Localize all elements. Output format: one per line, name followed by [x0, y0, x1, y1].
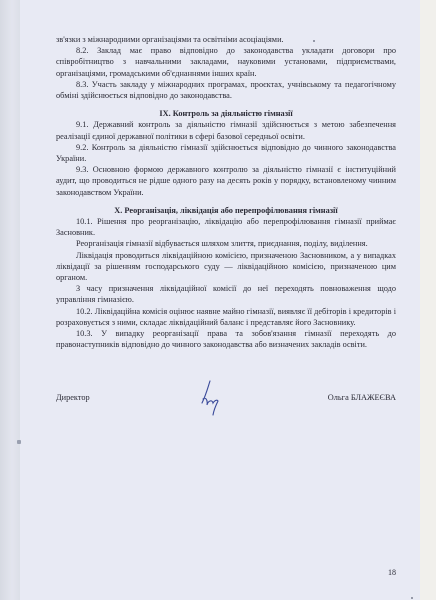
scan-left-edge [0, 0, 21, 600]
scan-speck [411, 597, 413, 599]
scan-speck [313, 40, 315, 42]
paragraph-9-2: 9.2. Контроль за діяльністю гімназії зді… [56, 142, 396, 164]
signatory-title: Директор [56, 393, 90, 402]
document-body: зв'язки з міжнародними організаціями та … [56, 34, 396, 350]
paragraph-liquidation: Ліквідація проводиться ліквідаційною ком… [56, 250, 396, 284]
paragraph-8-2: 8.2. Заклад має право відповідно до зако… [56, 45, 396, 79]
paragraph-9-3: 9.3. Основною формою державного контролю… [56, 164, 396, 198]
scan-speck [17, 440, 21, 444]
handwritten-signature-icon [194, 377, 234, 417]
paragraph-8-3: 8.3. Участь закладу у міжнародних програ… [56, 79, 396, 101]
paragraph-10-3: 10.3. У випадку реорганізації права та з… [56, 328, 396, 350]
section-9-heading: IX. Контроль за діяльністю гімназії [56, 108, 396, 119]
section-10-heading: X. Реорганізація, ліквідація або перепро… [56, 205, 396, 216]
paragraph-commission: З часу призначення ліквідаційної комісії… [56, 283, 396, 305]
paragraph-9-1: 9.1. Державний контроль за діяльністю гі… [56, 119, 396, 141]
paragraph-10-1: 10.1. Рішення про реорганізацію, ліквіда… [56, 216, 396, 238]
paragraph-reorganization: Реорганізація гімназії відбувається шлях… [56, 238, 396, 249]
signature-block: Директор Ольга БЛАЖЕЄВА [56, 385, 396, 425]
scan-right-edge [420, 0, 436, 600]
page-number: 18 [388, 568, 396, 577]
signatory-name: Ольга БЛАЖЕЄВА [328, 393, 396, 402]
paragraph-10-2: 10.2. Ліквідаційна комісія оцінює наявне… [56, 306, 396, 328]
paragraph-continuation: зв'язки з міжнародними організаціями та … [56, 34, 396, 45]
